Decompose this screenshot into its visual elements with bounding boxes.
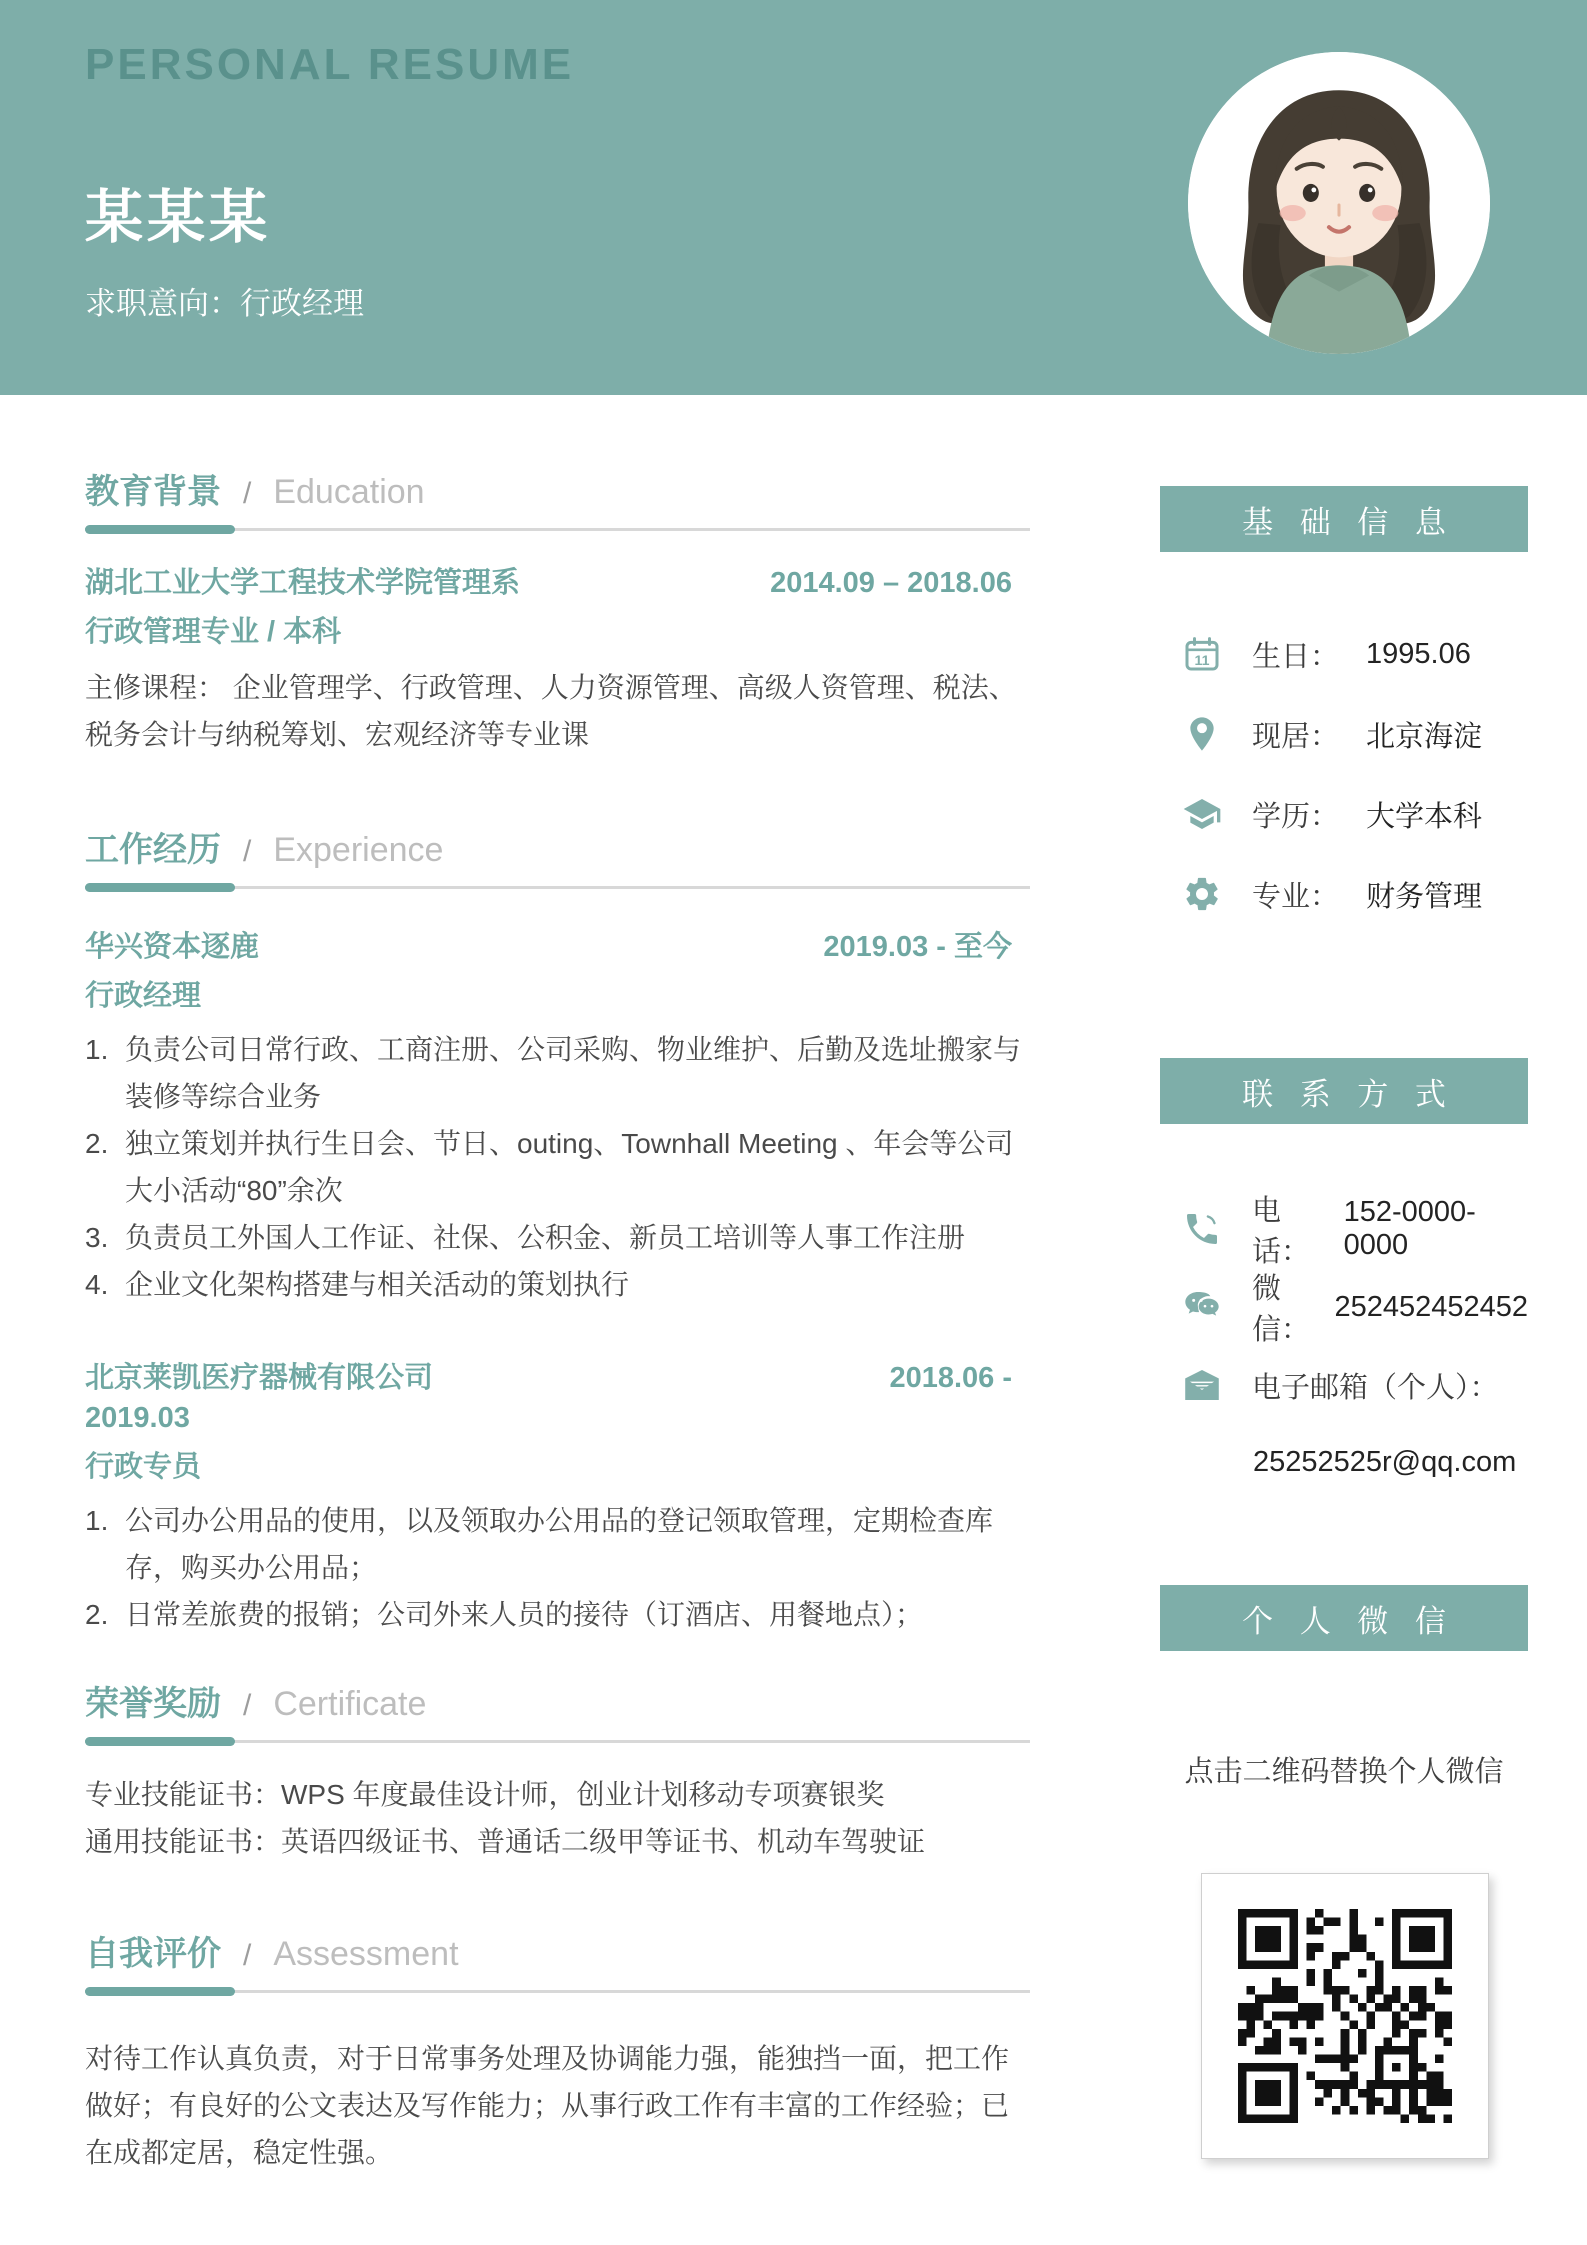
job2-period: 2018.06 - (889, 1358, 1012, 1398)
calendar-icon: 11 (1182, 634, 1222, 674)
contact-value: 152-0000-0000 (1344, 1196, 1528, 1262)
job1-duties: 负责公司日常行政、工商注册、公司采购、物业维护、后勤及选址搬家与装修等综合业务 … (85, 1026, 1030, 1308)
certificate-separator: / (243, 1684, 251, 1728)
person-name: 某某某 (85, 170, 271, 254)
contact-row-wechat: 微信： 252452452452 (1160, 1268, 1528, 1346)
info-row-major: 专业： 财务管理 (1160, 854, 1528, 934)
job1-role: 行政经理 (85, 976, 1030, 1016)
job2-duties: 公司办公用品的使用，以及领取办公用品的登记领取管理，定期检查库存，购买办公用品；… (85, 1497, 1030, 1638)
duty-item: 日常差旅费的报销；公司外来人员的接待（订酒店、用餐地点）； (85, 1591, 1030, 1638)
section-experience: 工作经历 / Experience 华兴资本逐鹿 2019.03 - 至今 行政… (85, 828, 1030, 1638)
assessment-separator: / (243, 1934, 251, 1978)
contact-box-title: 联 系 方 式 (1160, 1058, 1528, 1124)
education-entry: 湖北工业大学工程技术学院管理系 2014.09 – 2018.06 (85, 563, 1030, 603)
resume-page: PERSONAL RESUME 某某某 求职意向：行政经理 (0, 0, 1587, 2245)
contact-label: 电子邮箱（个人）： (1252, 1365, 1499, 1406)
experience-title-zh: 工作经历 (85, 828, 221, 872)
assessment-title-en: Assessment (273, 1932, 458, 1976)
section-underline (85, 883, 1030, 893)
job2-role: 行政专员 (85, 1447, 1030, 1487)
school-name: 湖北工业大学工程技术学院管理系 (85, 563, 520, 603)
duty-item: 负责公司日常行政、工商注册、公司采购、物业维护、后勤及选址搬家与装修等综合业务 (85, 1026, 1030, 1120)
assessment-header: 自我评价 / Assessment (85, 1932, 1030, 1978)
section-assessment: 自我评价 / Assessment 对待工作认真负责，对于日常事务处理及协调能力… (85, 1932, 1030, 2176)
job-intention: 求职意向：行政经理 (85, 278, 364, 323)
education-title-en: Education (273, 470, 424, 514)
info-label: 生日： (1252, 634, 1364, 675)
info-row-birthday: 11 生日： 1995.06 (1160, 614, 1528, 694)
duty-item: 企业文化架构搭建与相关活动的策划执行 (85, 1261, 1030, 1308)
svg-text:11: 11 (1195, 653, 1210, 669)
info-value: 1995.06 (1366, 638, 1471, 671)
contact-row-phone: 电话： 152-0000-0000 (1160, 1190, 1528, 1268)
job2-period-wrap: 2019.03 (85, 1398, 1030, 1438)
contact-row-email: 电子邮箱（个人）： (1160, 1346, 1528, 1424)
header-band: PERSONAL RESUME 某某某 求职意向：行政经理 (0, 0, 1587, 395)
education-title-zh: 教育背景 (85, 470, 221, 514)
duty-item: 独立策划并执行生日会、节日、outing、Townhall Meeting 、年… (85, 1120, 1030, 1214)
wechat-qr-code[interactable] (1201, 1873, 1489, 2159)
job1-company: 华兴资本逐鹿 (85, 927, 259, 967)
basic-info-list: 11 生日： 1995.06 现居： 北京海淀 学历： 大学本科 专业： 财务管… (1160, 614, 1528, 934)
phone-icon (1182, 1209, 1222, 1249)
education-courses: 主修课程： 企业管理学、行政管理、人力资源管理、高级人资管理、税法、税务会计与纳… (85, 664, 1030, 758)
wechat-icon (1182, 1287, 1222, 1327)
qr-caption: 点击二维码替换个人微信 (1160, 1752, 1528, 1792)
info-row-degree: 学历： 大学本科 (1160, 774, 1528, 854)
job2-company: 北京莱凯医疗器械有限公司 (85, 1358, 433, 1398)
brand-title: PERSONAL RESUME (85, 40, 574, 90)
wechat-box-title: 个 人 微 信 (1160, 1585, 1528, 1651)
email-address: 25252525r@qq.com (1253, 1442, 1516, 1482)
avatar (1188, 52, 1490, 354)
section-underline (85, 1737, 1030, 1747)
experience-header: 工作经历 / Experience (85, 828, 1030, 874)
section-underline (85, 525, 1030, 535)
education-header: 教育背景 / Education (85, 470, 1030, 516)
basic-info-box-title: 基 础 信 息 (1160, 486, 1528, 552)
assessment-text: 对待工作认真负责，对于日常事务处理及协调能力强，能独挡一面，把工作做好；有良好的… (85, 2035, 1030, 2176)
section-education: 教育背景 / Education 湖北工业大学工程技术学院管理系 2014.09… (85, 470, 1030, 758)
certificate-header: 荣誉奖励 / Certificate (85, 1682, 1030, 1728)
duty-item: 公司办公用品的使用，以及领取办公用品的登记领取管理，定期检查库存，购买办公用品； (85, 1497, 1030, 1591)
duty-item: 负责员工外国人工作证、社保、公积金、新员工培训等人事工作注册 (85, 1214, 1030, 1261)
info-value: 北京海淀 (1366, 714, 1482, 755)
contact-label: 微信： (1252, 1266, 1324, 1348)
education-period: 2014.09 – 2018.06 (770, 563, 1012, 603)
location-icon (1182, 714, 1222, 754)
experience-separator: / (243, 830, 251, 874)
job2-entry: 北京莱凯医疗器械有限公司 2018.06 - (85, 1358, 1030, 1398)
info-label: 学历： (1252, 794, 1364, 835)
contact-label: 电话： (1252, 1188, 1334, 1270)
info-row-location: 现居： 北京海淀 (1160, 694, 1528, 774)
contact-value: 252452452452 (1334, 1291, 1528, 1324)
certificate-title-zh: 荣誉奖励 (85, 1682, 221, 1726)
qr-pattern (1238, 1909, 1452, 2123)
certificate-title-en: Certificate (273, 1682, 426, 1726)
info-label: 现居： (1252, 714, 1364, 755)
contact-list: 电话： 152-0000-0000 微信： 252452452452 电子邮箱（… (1160, 1190, 1528, 1424)
job2-block: 北京莱凯医疗器械有限公司 2018.06 - 2019.03 行政专员 公司办公… (85, 1358, 1030, 1638)
section-underline (85, 1987, 1030, 1997)
assessment-title-zh: 自我评价 (85, 1932, 221, 1976)
gear-icon (1182, 874, 1222, 914)
info-label: 专业： (1252, 874, 1364, 915)
avatar-illustration (1188, 52, 1490, 354)
email-icon (1182, 1365, 1222, 1405)
section-certificate: 荣誉奖励 / Certificate 专业技能证书：WPS 年度最佳设计师，创业… (85, 1682, 1030, 1865)
info-value: 大学本科 (1366, 794, 1482, 835)
graduation-icon (1182, 794, 1222, 834)
info-value: 财务管理 (1366, 874, 1482, 915)
education-separator: / (243, 472, 251, 516)
certificate-lines: 专业技能证书：WPS 年度最佳设计师，创业计划移动专项赛银奖 通用技能证书：英语… (85, 1771, 1030, 1865)
job1-entry: 华兴资本逐鹿 2019.03 - 至今 (85, 927, 1030, 967)
education-major: 行政管理专业 / 本科 (85, 612, 1030, 652)
certificate-line: 专业技能证书：WPS 年度最佳设计师，创业计划移动专项赛银奖 (85, 1771, 1030, 1818)
job1-period: 2019.03 - 至今 (823, 927, 1012, 967)
experience-title-en: Experience (273, 828, 443, 872)
certificate-line: 通用技能证书：英语四级证书、普通话二级甲等证书、机动车驾驶证 (85, 1818, 1030, 1865)
